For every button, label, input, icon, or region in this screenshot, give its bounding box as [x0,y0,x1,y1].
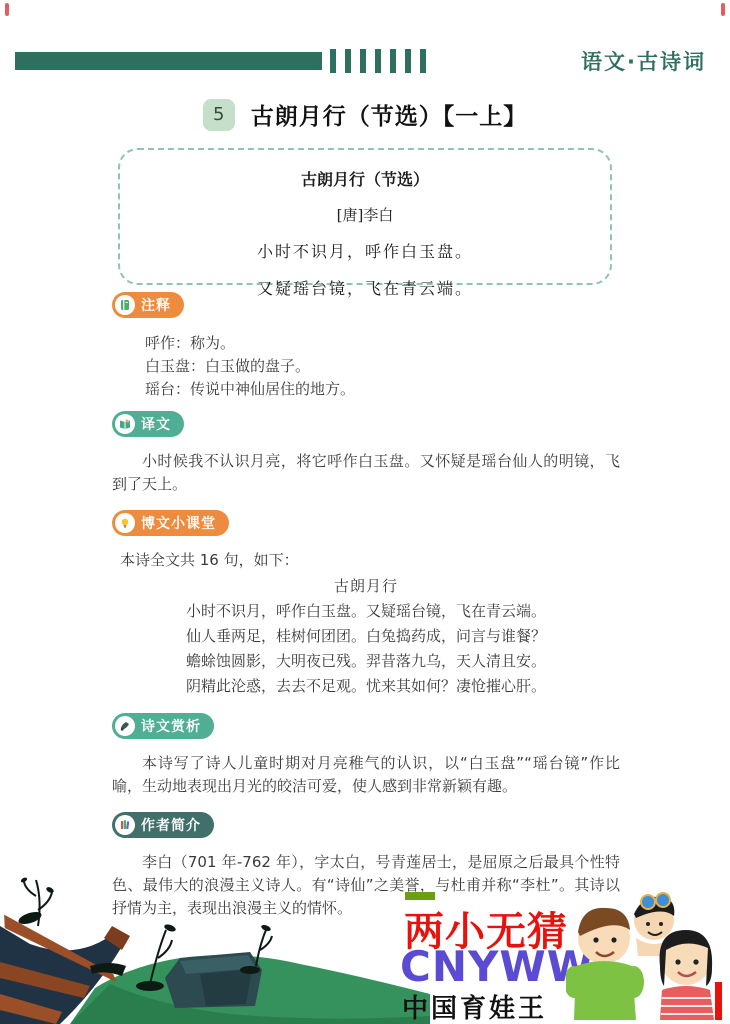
books-icon [115,815,135,835]
classroom-poem: 古朗月行 小时不识月，呼作白玉盘。又疑瑶台镜，飞在青云端。 仙人垂两足，桂树何团… [112,574,620,699]
section-badge-author: 作者简介 [112,812,214,838]
watermark-green-bar [405,892,435,900]
ink-brush-icon [115,716,135,736]
watermark-brand-en: CNYWW [400,942,594,991]
section-badge-label: 注释 [141,295,171,315]
poem-title: 古朗月行（节选） [120,167,610,190]
appreciation-text: 本诗写了诗人儿童时期对月亮稚气的认识，以“白玉盘”“瑶台镜”作比喻，生动地表现出… [112,752,620,798]
section-badge-notes: 注释 [112,292,184,318]
header-tick-marks [330,49,426,73]
print-mark-right [721,3,725,16]
section-badge-translation: 译文 [112,411,184,437]
note-line: 呼作：称为。 [145,332,620,355]
poem-author: [唐]李白 [120,204,610,225]
note-line: 白玉盘：白玉做的盘子。 [145,355,620,378]
watermark: 两小无猜 CNYWW 中国育娃王 [398,894,730,1020]
lesson-number-badge: 5 [203,99,235,131]
page-title: 古朗月行（节选）【一上】 [251,98,528,131]
watermark-slogan: 中国育娃王 [402,988,547,1024]
classroom-poem-line: 仙人垂两足，桂树何团团。白兔捣药成，问言与谁餐？ [112,624,620,649]
classroom-poem-title: 古朗月行 [112,574,620,599]
content-column: 注释 呼作：称为。 白玉盘：白玉做的盘子。 瑶台：传说中神仙居住的地方。 译文 … [112,292,620,920]
section-badge-label: 诗文赏析 [141,716,201,736]
translation-text: 小时候我不认识月亮，将它呼作白玉盘。又怀疑是瑶台仙人的明镜，飞到了天上。 [112,450,620,496]
classroom-poem-line: 阴精此沦惑，去去不足观。忧来其如何？凄怆摧心肝。 [112,674,620,699]
poem-line: 小时不识月，呼作白玉盘。 [120,239,610,262]
poem-box: 古朗月行（节选） [唐]李白 小时不识月，呼作白玉盘。 又疑瑶台镜，飞在青云端。 [118,148,612,285]
lesson-title-row: 5 古朗月行（节选）【一上】 [0,98,730,131]
boat-landscape-illustration [0,866,430,1024]
classroom-poem-line: 小时不识月，呼作白玉盘。又疑瑶台镜，飞在青云端。 [112,599,620,624]
lightbulb-icon [115,513,135,533]
section-badge-label: 译文 [141,414,171,434]
section-badge-label: 博文小课堂 [141,513,216,533]
print-mark-left [5,3,9,16]
worksheet-page: 语文·古诗词 5 古朗月行（节选）【一上】 古朗月行（节选） [唐]李白 小时不… [0,0,730,1024]
subject-label: 语文·古诗词 [581,46,706,76]
classroom-poem-line: 蟾蜍蚀圆影，大明夜已残。羿昔落九乌，天人清且安。 [112,649,620,674]
classroom-intro: 本诗全文共 16 句，如下： [120,549,620,570]
notebook-icon [115,295,135,315]
open-book-icon [115,414,135,434]
section-badge-appreciation: 诗文赏析 [112,713,214,739]
watermark-red-bar [715,982,722,1020]
header-rule-bar [15,52,322,70]
section-badge-label: 作者简介 [141,815,201,835]
cartoon-kids-illustration [566,886,716,1020]
note-line: 瑶台：传说中神仙居住的地方。 [145,378,620,401]
section-badge-classroom: 博文小课堂 [112,510,229,536]
